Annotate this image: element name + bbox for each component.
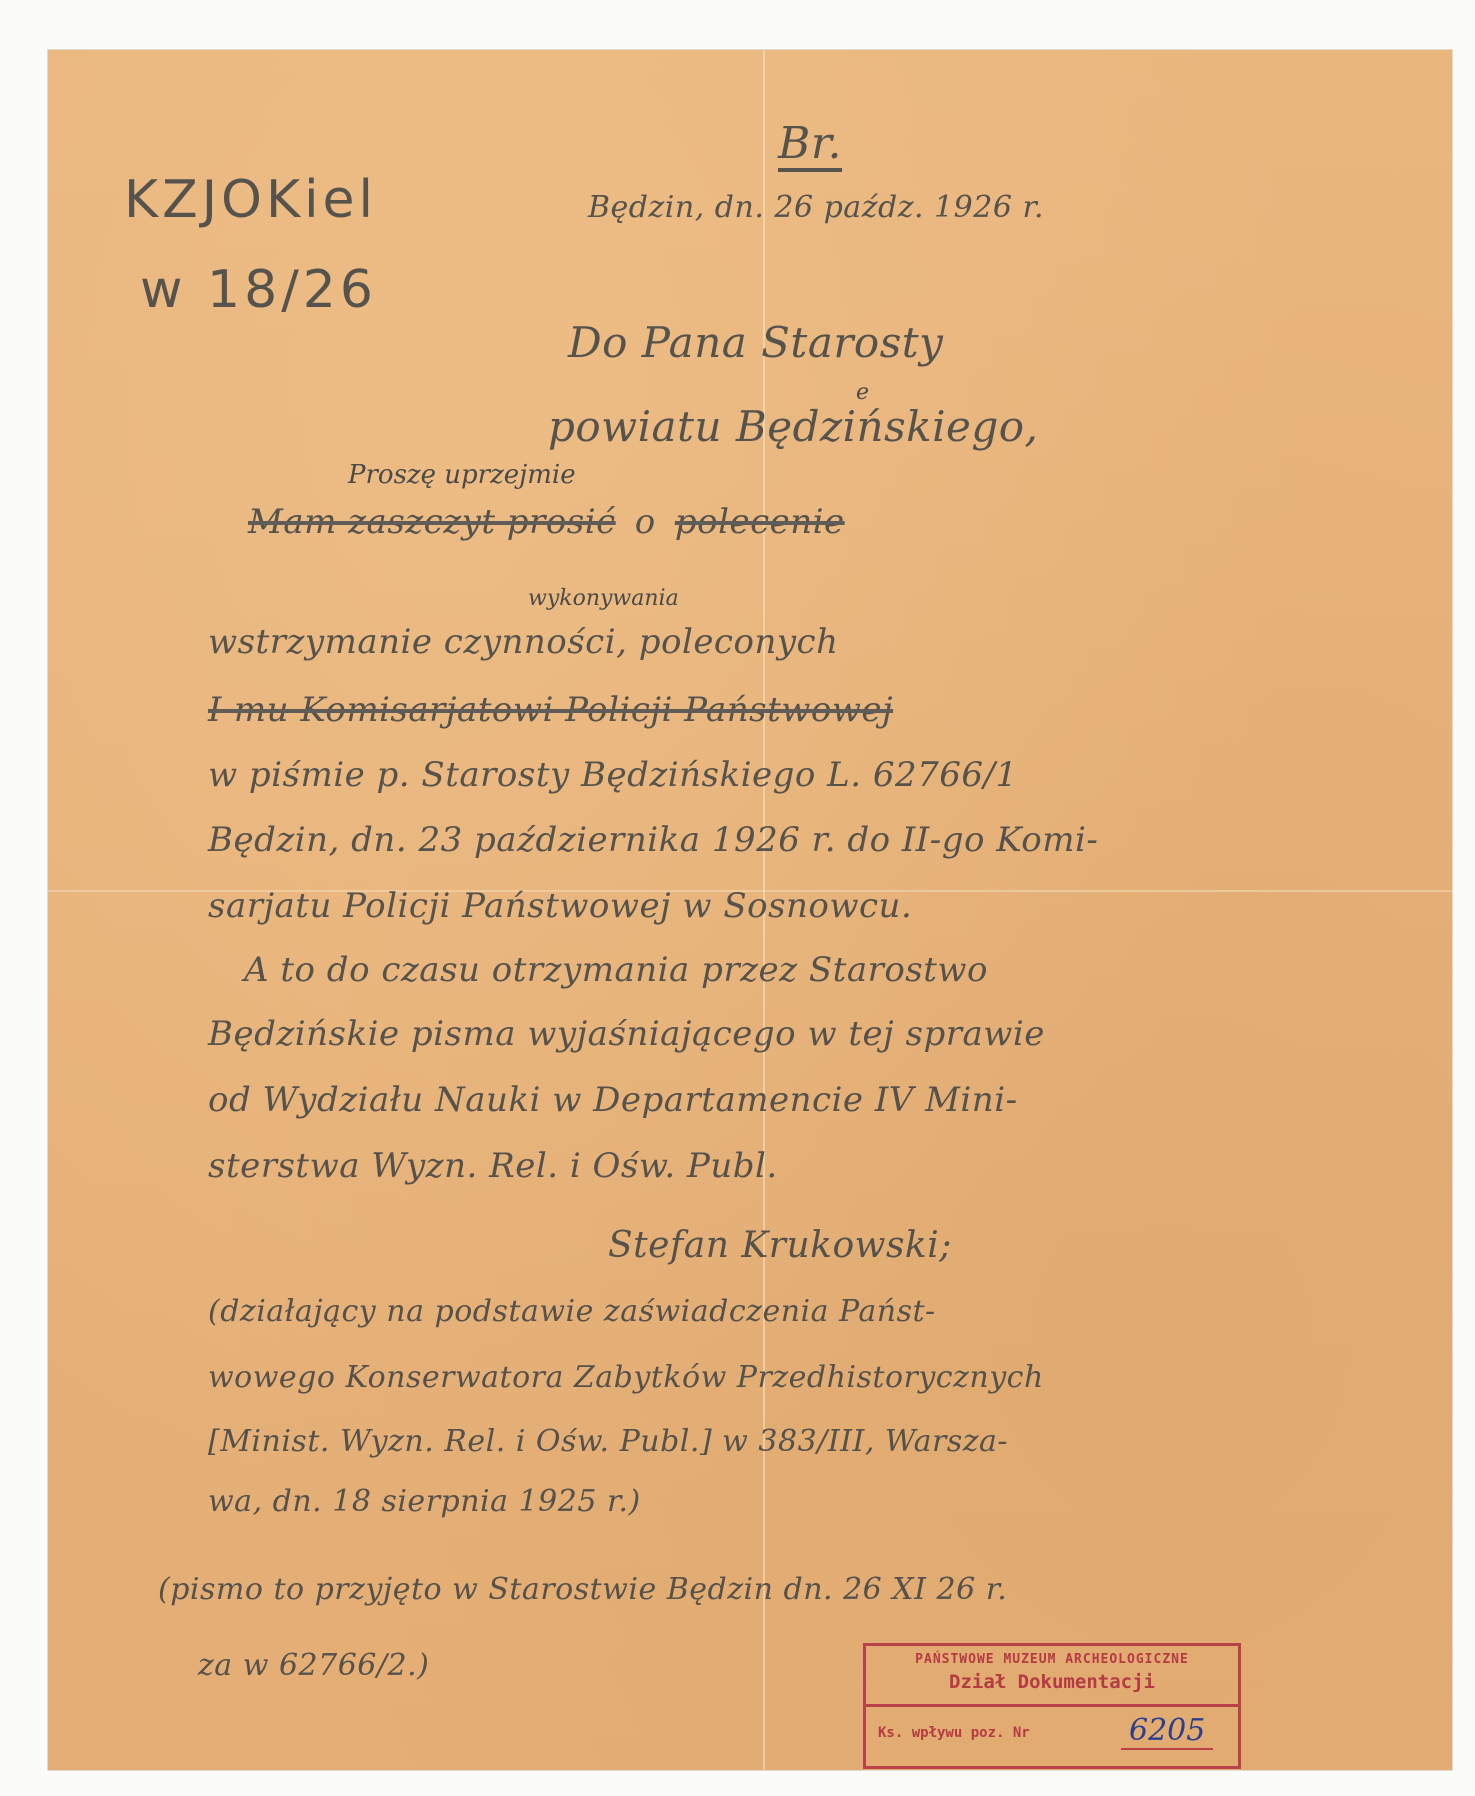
stamp-institution: PAŃSTWOWE MUZEUM ARCHEOLOGICZNE (866, 1646, 1238, 1667)
stamp-register-number: 6205 (1121, 1713, 1213, 1750)
margin-note-line1: KZJOKiel (124, 170, 377, 230)
body-line8: Będzińskie pisma wyjaśniającego w tej sp… (208, 1014, 1045, 1054)
receipt-note-line1: (pismo to przyjęto w Starostwie Będzin d… (158, 1572, 1007, 1607)
body-line1: Mam zaszczyt prosić o polecenie (248, 502, 845, 542)
body-line2: wstrzymanie czynności, poleconych (208, 622, 839, 662)
signature-note-line1: (działający na podstawie zaświadczenia P… (208, 1294, 936, 1329)
place-date: Będzin, dn. 26 paźdz. 1926 r. (588, 190, 1044, 225)
body-insert-1: Proszę uprzejmie (348, 460, 576, 490)
body-insert-2: wykonywania (528, 586, 679, 611)
body-line10: sterstwa Wyzn. Rel. i Ośw. Publ. (208, 1146, 778, 1186)
addressee-line1: Do Pana Starosty (568, 318, 943, 367)
body-line3-struck: I-mu Komisarjatowi Policji Państwowej (208, 690, 893, 730)
body-line9: od Wydziału Nauki w Departamencie IV Min… (208, 1080, 1018, 1120)
signature: Stefan Krukowski; (608, 1225, 952, 1266)
struck-text: polecenie (675, 502, 845, 542)
signature-note-line2: wowego Konserwatora Zabytków Przedhistor… (208, 1360, 1044, 1395)
body-line5: Będzin, dn. 23 października 1926 r. do I… (208, 820, 1098, 860)
stamp-register-label: Ks. wpływu poz. Nr (878, 1725, 1030, 1741)
stamp-header: PAŃSTWOWE MUZEUM ARCHEOLOGICZNE Dział Do… (866, 1646, 1238, 1707)
header-mark: Br. (778, 118, 842, 169)
museum-stamp: PAŃSTWOWE MUZEUM ARCHEOLOGICZNE Dział Do… (863, 1643, 1241, 1769)
body-line4: w piśmie p. Starosty Będzińskiego L. 627… (208, 755, 1018, 795)
addressee-line2: powiatu Będzińskiego, (548, 402, 1038, 451)
margin-note-line2: w 18/26 (140, 260, 377, 320)
body-line6: sarjatu Policji Państwowej w Sosnowcu. (208, 886, 912, 926)
stamp-department: Dział Dokumentacji (866, 1667, 1238, 1693)
kept-text: o (635, 502, 656, 542)
body-line7: A to do czasu otrzymania przez Starostwo (244, 950, 988, 990)
signature-note-line3: [Minist. Wyzn. Rel. i Ośw. Publ.] w 383/… (208, 1424, 1008, 1459)
signature-note-line4: wa, dn. 18 sierpnia 1925 r.) (208, 1484, 641, 1519)
stamp-register-row: Ks. wpływu poz. Nr 6205 (866, 1707, 1238, 1741)
receipt-note-line2: za w 62766/2.) (198, 1648, 429, 1683)
document-page: KZJOKiel w 18/26 Br. Będzin, dn. 26 paźd… (48, 50, 1452, 1770)
struck-text: Mam zaszczyt prosić (248, 502, 616, 542)
